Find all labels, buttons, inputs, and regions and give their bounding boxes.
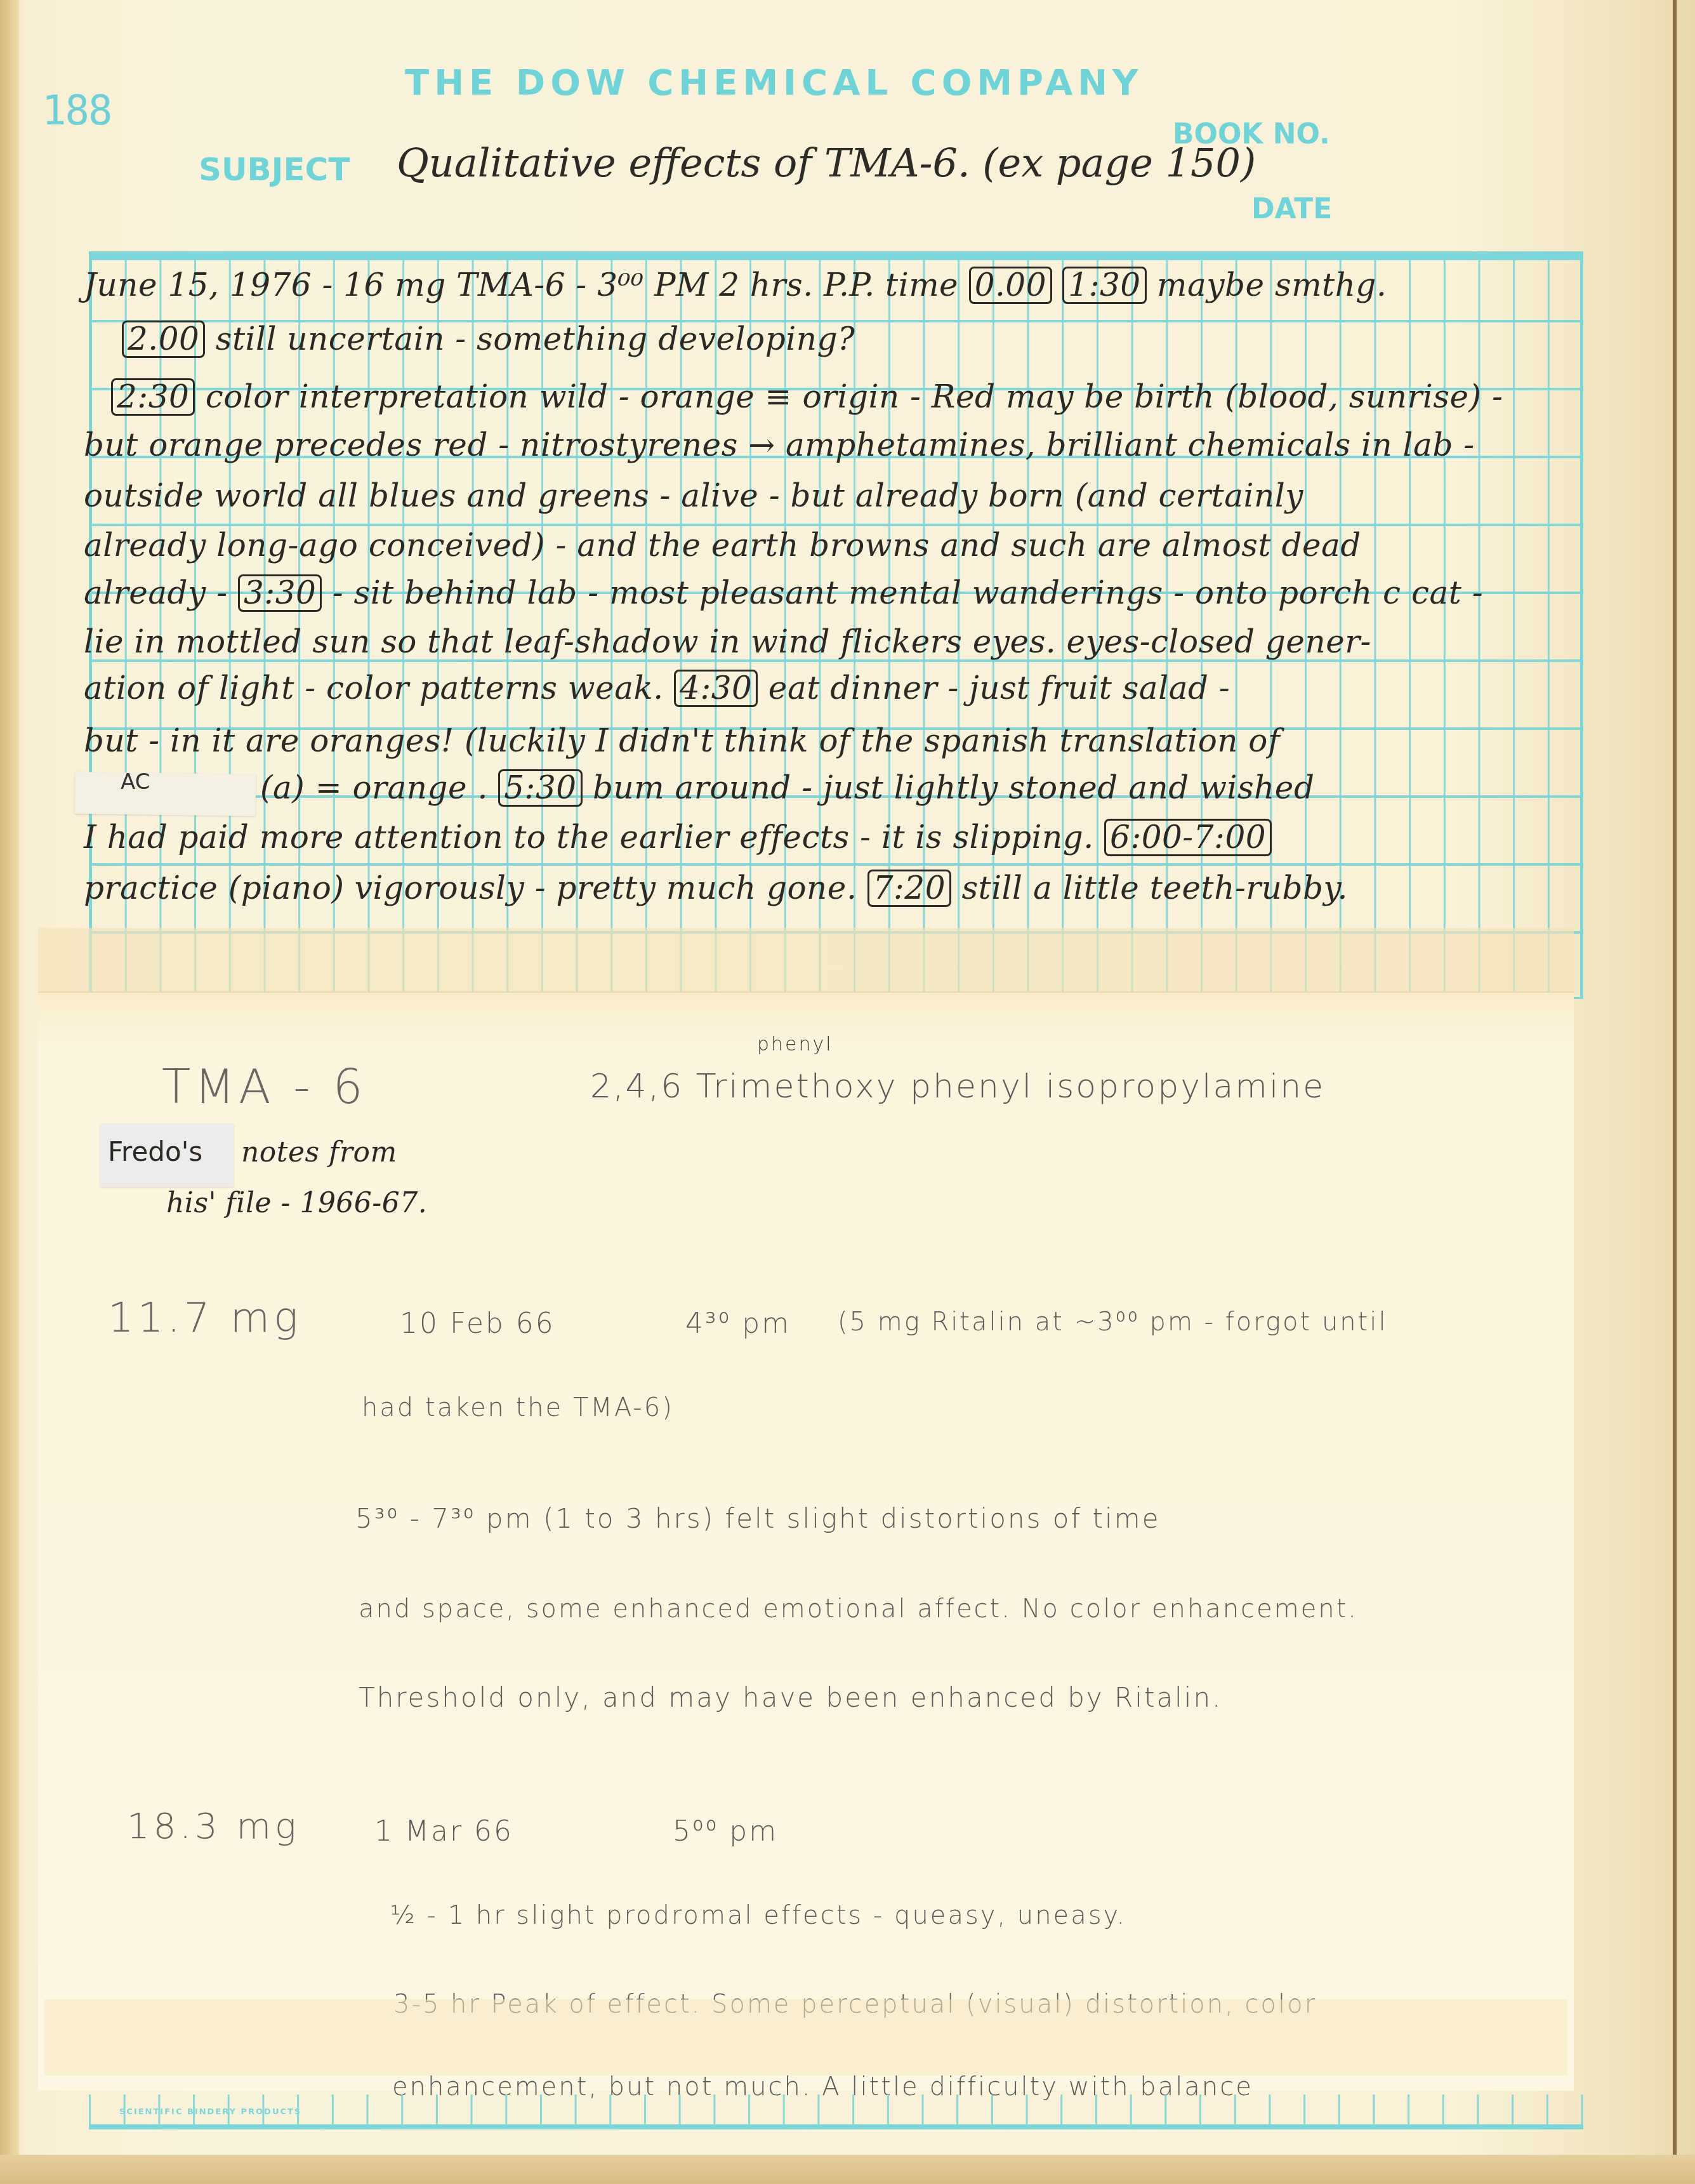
entry-1-line-4: and space, some enhanced emotional affec… (359, 1594, 1358, 1624)
page-right-edge (1673, 0, 1677, 2184)
time-1: 4³⁰ pm (685, 1307, 791, 1340)
page-binding-edge (0, 0, 19, 2184)
entry-line-13: practice (piano) vigorously - pretty muc… (84, 870, 1594, 907)
entry-line-9: ation of light - color patterns weak. 4:… (84, 670, 1594, 707)
entry-line-2: 2.00 still uncertain - something develop… (122, 321, 1632, 358)
entry-line-8: lie in mottled sun so that leaf-shadow i… (84, 623, 1594, 660)
chemical-name: 2,4,6 Trimethoxy phenyl isopropylamine (590, 1068, 1325, 1106)
entry-1-line-1: (5 mg Ritalin at ~3⁰⁰ pm - forgot until (838, 1307, 1388, 1337)
subject-label: SUBJECT (199, 151, 350, 188)
tape-strip-top (38, 928, 1574, 998)
entry-line-4: but orange precedes red - nitrostyrenes … (84, 427, 1594, 463)
note-insertion: phenyl (757, 1033, 833, 1056)
time-box: 2.00 (122, 321, 205, 358)
note-title: TMA - 6 (162, 1060, 367, 1115)
time-box: 4:30 (674, 670, 758, 707)
entry-line-5: outside world all blues and greens - ali… (84, 477, 1594, 514)
time-box: 6:00-7:00 (1104, 819, 1272, 856)
time-2: 5⁰⁰ pm (673, 1815, 778, 1848)
dose-2: 18.3 mg (127, 1806, 300, 1847)
dose-1: 11.7 mg (108, 1295, 302, 1342)
entry-line-3: 2:30 color interpretation wild - orange … (111, 378, 1621, 416)
grid-top-border (89, 251, 1583, 260)
entry-1-line-2: had taken the TMA-6) (362, 1393, 674, 1422)
time-box: 1:30 (1062, 267, 1146, 304)
source-line-2: his' file - 1966-67. (166, 1187, 1677, 1219)
date-2: 1 Mar 66 (374, 1815, 513, 1848)
fredo-label-text: Fredo's (108, 1136, 202, 1167)
entry-2-line-1: ½ - 1 hr slight prodromal effects - quea… (390, 1901, 1126, 1930)
time-box: 2:30 (111, 378, 195, 416)
entry-1-line-3: 5³⁰ - 7³⁰ pm (1 to 3 hrs) felt slight di… (355, 1503, 1161, 1534)
entry-line-12: I had paid more attention to the earlier… (84, 819, 1594, 856)
correction-sticker (75, 772, 256, 816)
entry-1-line-5: Threshold only, and may have been enhanc… (359, 1682, 1222, 1713)
entry-line-6: already long-ago conceived) - and the ea… (84, 527, 1594, 564)
time-box: 3:30 (238, 574, 322, 612)
entry-line-10: but - in it are oranges! (luckily I didn… (84, 722, 1594, 759)
entry-line-11: (a) = orange . 5:30 bum around - just li… (260, 769, 1695, 807)
date-1: 10 Feb 66 (400, 1307, 555, 1340)
grid-bottom-border (89, 2124, 1583, 2129)
company-title: THE DOW CHEMICAL COMPANY (405, 62, 1144, 103)
time-box: 7:20 (867, 870, 951, 907)
time-box: 0.00 (969, 267, 1052, 304)
date-label: DATE (1251, 193, 1332, 225)
time-box: 5:30 (498, 769, 582, 807)
grid-bottom-ticks (89, 2095, 1583, 2126)
notebook-bottom-edge (0, 2155, 1695, 2184)
page-number: 188 (42, 88, 112, 135)
entry-line-7: already - 3:30 - sit behind lab - most p… (84, 574, 1594, 612)
sticker-text: AC (121, 769, 150, 795)
bindery-imprint: SCIENTIFIC BINDERY PRODUCTS (119, 2107, 301, 2117)
tape-strip-bottom (44, 1999, 1567, 2075)
subject-value: Qualitative effects of TMA-6. (ex page 1… (397, 140, 1256, 186)
source-line-1: notes from (241, 1136, 1695, 1168)
entry-line-1: June 15, 1976 - 16 mg TMA-6 - 3⁰⁰ PM 2 h… (84, 267, 1594, 304)
